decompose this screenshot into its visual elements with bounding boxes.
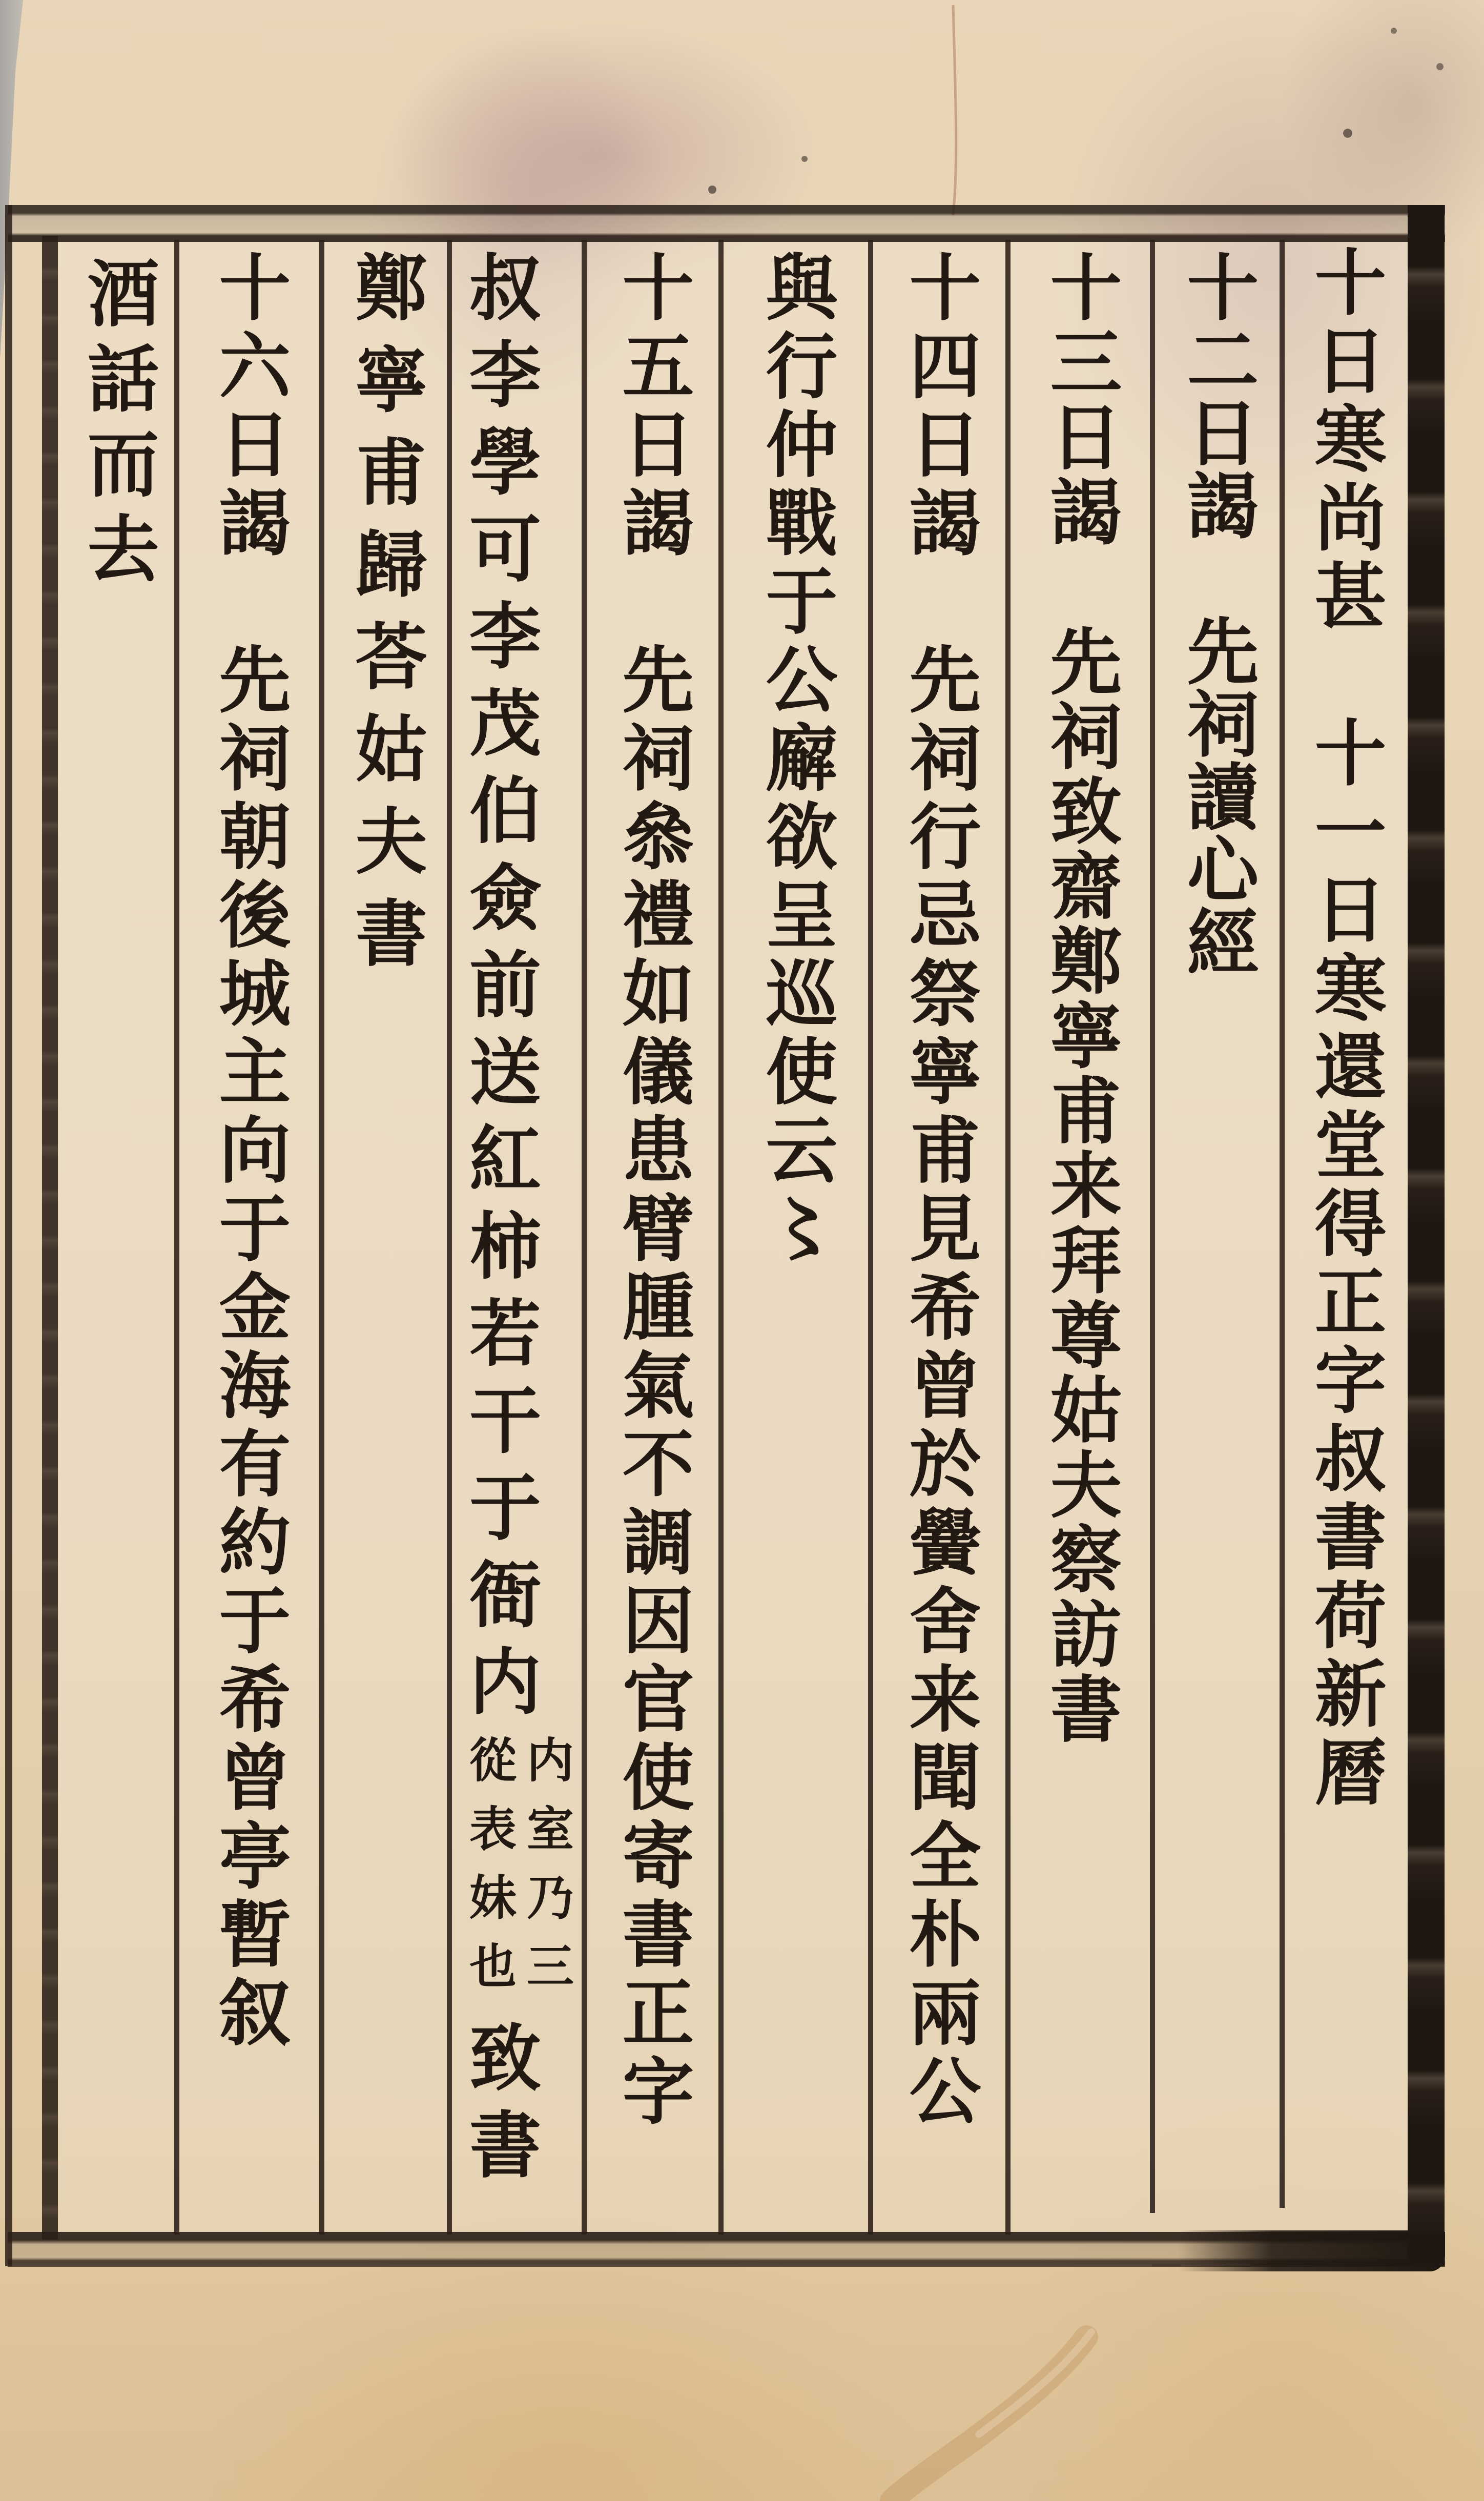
frame-left-outer-line <box>5 205 12 2266</box>
column-divider <box>718 240 724 2234</box>
column-divider <box>1280 240 1285 2208</box>
text-column-3: 十三日謁 先祠致齋鄭寧甫来拜尊姑夫察訪書 <box>1021 250 1139 2249</box>
text-column-4: 十四日謁 先祠行忌祭寧甫見希曾於黌舍来聞全朴兩公 <box>880 250 998 2249</box>
text-column-1: 十日寒尚甚 十一日寒還堂得正字叔書荷新曆 <box>1286 245 1404 2244</box>
text-column-8: 鄭寧甫歸荅姑夫書 <box>326 250 444 2249</box>
note-line-right: 内室乃三 <box>518 1735 575 2010</box>
text-column-7: 叔李學可李茂伯僉前送紅柿若干于衙内内室乃三從表妹也致書 <box>458 250 575 2249</box>
frame-top-border <box>8 205 1445 242</box>
column-7-main-text: 叔李學可李茂伯僉前送紅柿若干于衙内 <box>458 250 542 1731</box>
background-edge <box>0 0 31 359</box>
column-7-closing-text: 致書 <box>458 2020 542 2195</box>
frame-left-inner-line <box>42 236 58 2240</box>
column-divider <box>868 240 873 2234</box>
frame-right-border <box>1408 205 1445 2266</box>
text-column-2: 十二日謁 先祠讀心經 <box>1158 250 1276 2249</box>
column-divider <box>1005 240 1011 2234</box>
column-divider <box>582 240 587 2234</box>
column-divider <box>1150 240 1155 2213</box>
interlinear-note: 内室乃三從表妹也 <box>461 1735 575 2010</box>
note-line-left: 從表妹也 <box>461 1735 518 2010</box>
text-column-6: 十五日謁 先祠叅禮如儀患臂腫氣不調因官使寄書正字 <box>593 250 711 2249</box>
column-divider <box>319 240 324 2234</box>
text-column-5: 與行仲戰于公廨欲呈巡使云〻 <box>737 250 855 2249</box>
text-column-10: 酒話而去 <box>58 256 176 2255</box>
text-column-9: 十六日謁 先祠朝後城主向于金海有約于希曾亭暫叙 <box>190 250 308 2249</box>
